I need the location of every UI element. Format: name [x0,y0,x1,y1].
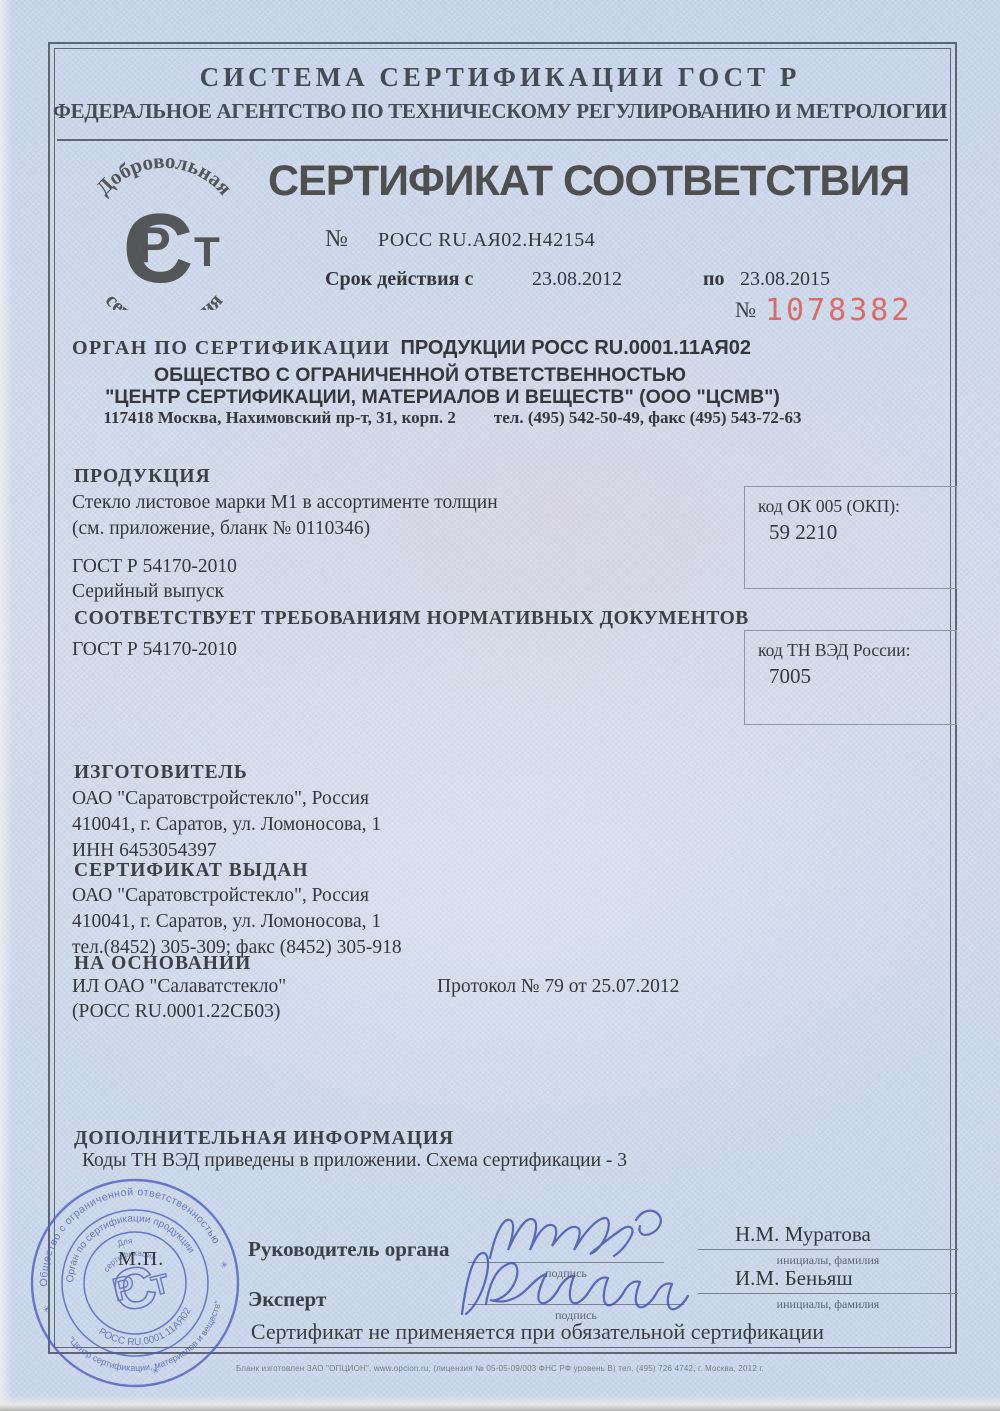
certificate-page: СИСТЕМА СЕРТИФИКАЦИИ ГОСТ Р ФЕДЕРАЛЬНОЕ … [0,0,1000,1411]
tnved-code-label: код ТН ВЭД России: [745,631,956,661]
system-title: СИСТЕМА СЕРТИФИКАЦИИ ГОСТ Р [0,62,1000,93]
conformity-section-label: СООТВЕТСТВУЕТ ТРЕБОВАНИЯМ НОРМАТИВНЫХ ДО… [74,608,749,630]
manufacturer-inn: ИНН 6453054397 [72,840,217,862]
basis-reg-number: (РОСС RU.0001.22СБ03) [72,1001,280,1023]
certification-body-reg-number: ПРОДУКЦИИ РОСС RU.0001.11АЯ02 [400,337,751,359]
certificate-number-label: № [325,226,348,253]
stamp-star-right: ✳ [219,1259,229,1271]
conformity-gost: ГОСТ Р 54170-2010 [72,639,237,661]
expert-name-line [698,1293,958,1294]
head-of-body-label: Руководитель органа [248,1237,450,1262]
certification-body-name-2: "ЦЕНТР СЕРТИФИКАЦИИ, МАТЕРИАЛОВ И ВЕЩЕСТ… [0,386,885,409]
expert-handwritten-signature [452,1242,712,1327]
validity-po-label: по [703,268,725,291]
expert-label: Эксперт [248,1287,326,1312]
product-gost: ГОСТ Р 54170-2010 [72,556,237,578]
rst-voluntary-certification-logo: Добровольная сертификация С Р Т [66,144,262,310]
header-divider [57,139,948,141]
blank-number-value: 1078382 [765,293,912,328]
svg-text:Для: Для [116,1235,134,1248]
tnved-code-value: 7005 [745,661,956,689]
basis-protocol: Протокол № 79 от 25.07.2012 [437,976,679,998]
product-serial: Серийный выпуск [72,581,224,603]
validity-from-date: 23.08.2012 [532,268,622,291]
certification-body-address: 117418 Москва, Нахимовский пр-т, 31, кор… [103,408,455,427]
expert-name-caption: инициалы, фамилия [698,1297,958,1312]
document-title: СЕРТИФИКАТ СООТВЕТСТВИЯ [268,157,909,206]
manufacturer-section-label: ИЗГОТОВИТЕЛЬ [74,762,248,784]
certification-body-label: ОРГАН ПО СЕРТИФИКАЦИИ [72,337,390,359]
okp-code-box: код ОК 005 (ОКП): 59 2210 [744,486,957,589]
product-line-2: (см. приложение, бланк № 0110346) [72,518,370,540]
scan-edge-left [0,0,12,1411]
validity-to-date: 23.08.2015 [740,268,830,291]
certification-body-contacts: 117418 Москва, Нахимовский пр-т, 31, кор… [0,408,905,428]
issued-to-section-label: СЕРТИФИКАТ ВЫДАН [74,860,309,882]
basis-section-label: НА ОСНОВАНИИ [74,953,251,975]
certificate-number-value: РОСС RU.АЯ02.Н42154 [378,229,595,252]
product-line-1: Стекло листовое марки М1 в ассортименте … [72,492,498,514]
basis-lab: ИЛ ОАО "Салаватстекло" [72,976,286,998]
agency-title: ФЕДЕРАЛЬНОЕ АГЕНТСТВО ПО ТЕХНИЧЕСКОМУ РЕ… [0,99,1000,124]
product-section-label: ПРОДУКЦИЯ [74,466,211,488]
stamp-place-label: М.П. [118,1248,164,1271]
expert-name: И.М. Беньяш [735,1266,853,1291]
manufacturer-line-2: 410041, г. Саратов, ул. Ломоносова, 1 [72,814,381,836]
validity-label: Срок действия с [325,268,473,291]
logo-glyph-t: Т [194,228,220,275]
manufacturer-line-1: ОАО "Саратовстройстекло", Россия [72,788,369,810]
okp-code-label: код ОК 005 (ОКП): [745,487,956,517]
tnved-code-box: код ТН ВЭД России: 7005 [744,630,957,725]
stamp-star-left: ✳ [42,1303,52,1315]
signature-stroke [462,1253,688,1314]
additional-info-label: ДОПОЛНИТЕЛЬНАЯ ИНФОРМАЦИЯ [74,1128,454,1150]
okp-code-value: 59 2210 [745,517,956,545]
certification-body-phone: тел. (495) 542-50-49, факс (495) 543-72-… [494,408,802,427]
head-name: Н.М. Муратова [735,1222,871,1247]
blank-number-label: № [735,297,756,323]
certification-body-line: ОРГАН ПО СЕРТИФИКАЦИИПРОДУКЦИИ РОСС RU.0… [72,337,751,360]
head-name-line [698,1249,958,1250]
issued-to-line-1: ОАО "Саратовстройстекло", Россия [72,885,369,907]
stamp-inner-line-1: Для [116,1235,134,1248]
certification-body-name-1: ОБЩЕСТВО С ОГРАНИЧЕННОЙ ОТВЕТСТВЕННОСТЬЮ [0,364,840,387]
logo-glyph-r: Р [137,217,170,273]
issued-to-line-2: 410041, г. Саратов, ул. Ломоносова, 1 [72,911,381,933]
round-stamp: Общество с ограниченной ответственностью… [20,1168,250,1398]
